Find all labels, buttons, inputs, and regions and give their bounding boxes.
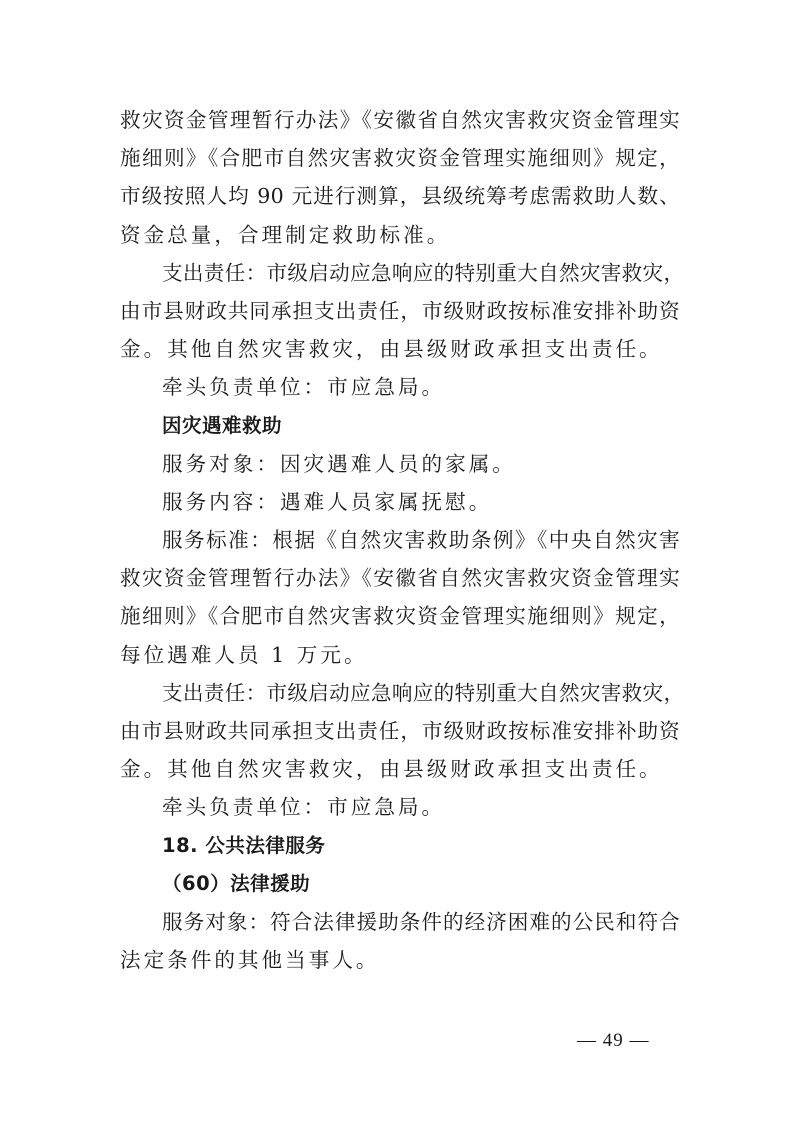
text-line: 金。其他自然灾害救灾，由县级财政承担支出责任。 (120, 330, 680, 368)
paragraph-start-line: 支出责任：市级启动应急响应的特别重大自然灾害救灾， (120, 674, 680, 712)
lead-unit-line: 牵头负责单位：市应急局。 (120, 368, 680, 406)
text-line: 由市县财政共同承担支出责任，市级财政按标准安排补助资 (120, 712, 680, 750)
text-line: 救灾资金管理暂行办法》《安徽省自然灾害救灾资金管理实 (120, 101, 680, 139)
service-target-line: 服务对象：因灾遇难人员的家属。 (120, 445, 680, 483)
chapter-heading: 18. 公共法律服务 (120, 827, 680, 865)
text-line: 由市县财政共同承担支出责任，市级财政按标准安排补助资 (120, 292, 680, 330)
item-heading: （60）法律援助 (120, 865, 680, 903)
service-target-line: 服务对象：符合法律援助条件的经济困难的公民和符合 (120, 903, 680, 941)
section-heading: 因灾遇难救助 (120, 407, 680, 445)
text-line: 施细则》《合肥市自然灾害救灾资金管理实施细则》规定， (120, 597, 680, 635)
service-content-line: 服务内容：遇难人员家属抚慰。 (120, 483, 680, 521)
text-line: 资金总量，合理制定救助标准。 (120, 216, 680, 254)
document-page: 救灾资金管理暂行办法》《安徽省自然灾害救灾资金管理实 施细则》《合肥市自然灾害救… (120, 101, 680, 979)
lead-unit-line: 牵头负责单位：市应急局。 (120, 788, 680, 826)
text-line: 金。其他自然灾害救灾，由县级财政承担支出责任。 (120, 750, 680, 788)
page-number: — 49 — (577, 1030, 650, 1052)
text-line: 施细则》《合肥市自然灾害救灾资金管理实施细则》规定， (120, 139, 680, 177)
service-standard-line: 服务标准：根据《自然灾害救助条例》《中央自然灾害 (120, 521, 680, 559)
text-line: 法定条件的其他当事人。 (120, 941, 680, 979)
text-line: 每位遇难人员 1 万元。 (120, 636, 680, 674)
text-line: 救灾资金管理暂行办法》《安徽省自然灾害救灾资金管理实 (120, 559, 680, 597)
text-line: 市级按照人均 90 元进行测算，县级统筹考虑需救助人数、 (120, 177, 680, 215)
paragraph-start-line: 支出责任：市级启动应急响应的特别重大自然灾害救灾， (120, 254, 680, 292)
